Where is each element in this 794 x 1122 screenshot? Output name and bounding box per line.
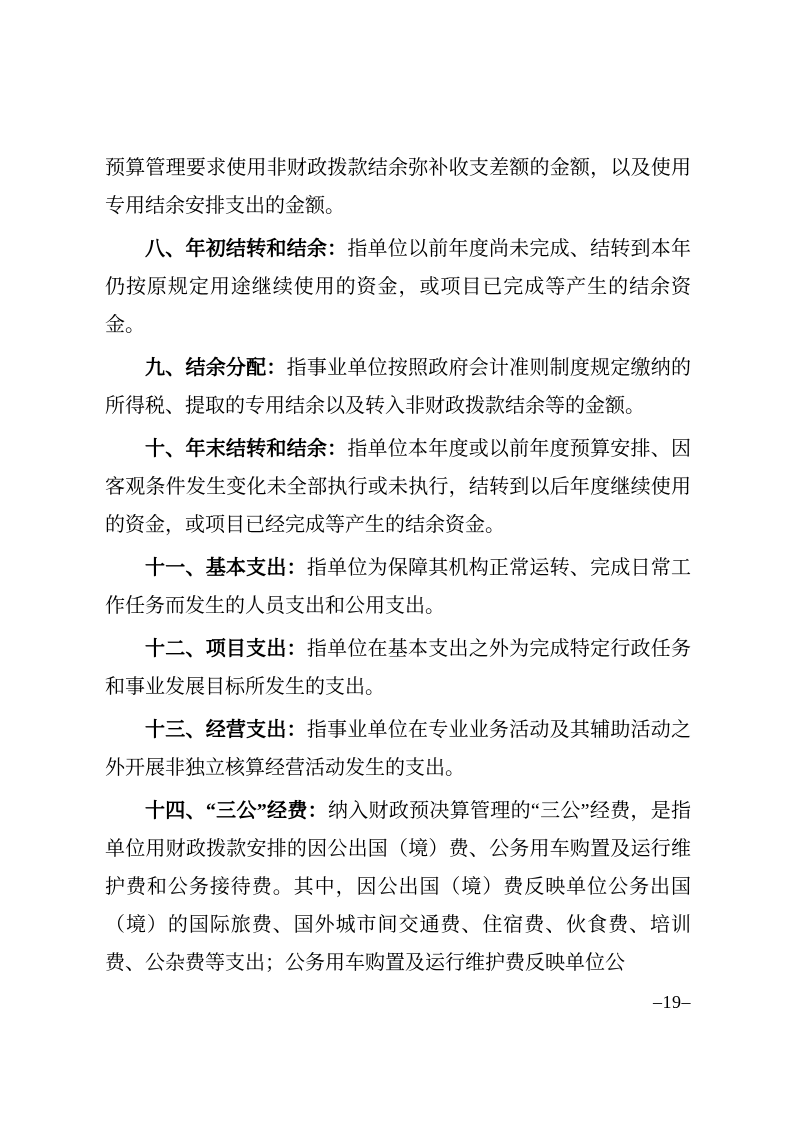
paragraph-item-14: 十四、“三公”经费：纳入财政预决算管理的“三公”经费，是指单位用财政拨款安排的因… [105,792,691,982]
document-page: 预算管理要求使用非财政拨款结余弥补收支差额的金额，以及使用专用结余安排支出的金额… [0,0,794,1122]
paragraph-continuation: 预算管理要求使用非财政拨款结余弥补收支差额的金额，以及使用专用结余安排支出的金额… [105,149,691,225]
paragraph-item-10: 十、年末结转和结余：指单位本年度或以前年度预算安排、因客观条件发生变化未全部执行… [105,430,691,544]
paragraph-text: 预算管理要求使用非财政拨款结余弥补收支差额的金额，以及使用专用结余安排支出的金额… [105,157,691,217]
term-label: 十三、经营支出： [145,719,307,741]
term-label: 九、结余分配： [145,357,287,379]
paragraph-item-13: 十三、经营支出：指事业单位在专业业务活动及其辅助活动之外开展非独立核算经营活动发… [105,711,691,787]
paragraph-item-12: 十二、项目支出：指单位在基本支出之外为完成特定行政任务和事业发展目标所发生的支出… [105,630,691,706]
term-label: 十一、基本支出： [145,557,307,579]
document-body: 预算管理要求使用非财政拨款结余弥补收支差额的金额，以及使用专用结余安排支出的金额… [105,149,691,982]
term-label: 十四、“三公”经费： [145,800,328,822]
term-label: 八、年初结转和结余： [145,238,347,260]
paragraph-item-11: 十一、基本支出：指单位为保障其机构正常运转、完成日常工作任务而发生的人员支出和公… [105,549,691,625]
paragraph-text: 纳入财政预决算管理的“三公”经费，是指单位用财政拨款安排的因公出国（境）费、公务… [105,800,691,974]
page-number: –19– [105,991,691,1013]
term-label: 十二、项目支出： [145,638,307,660]
paragraph-item-9: 九、结余分配：指事业单位按照政府会计准则制度规定缴纳的所得税、提取的专用结余以及… [105,349,691,425]
paragraph-item-8: 八、年初结转和结余：指单位以前年度尚未完成、结转到本年仍按原规定用途继续使用的资… [105,230,691,344]
term-label: 十、年末结转和结余： [145,438,347,460]
